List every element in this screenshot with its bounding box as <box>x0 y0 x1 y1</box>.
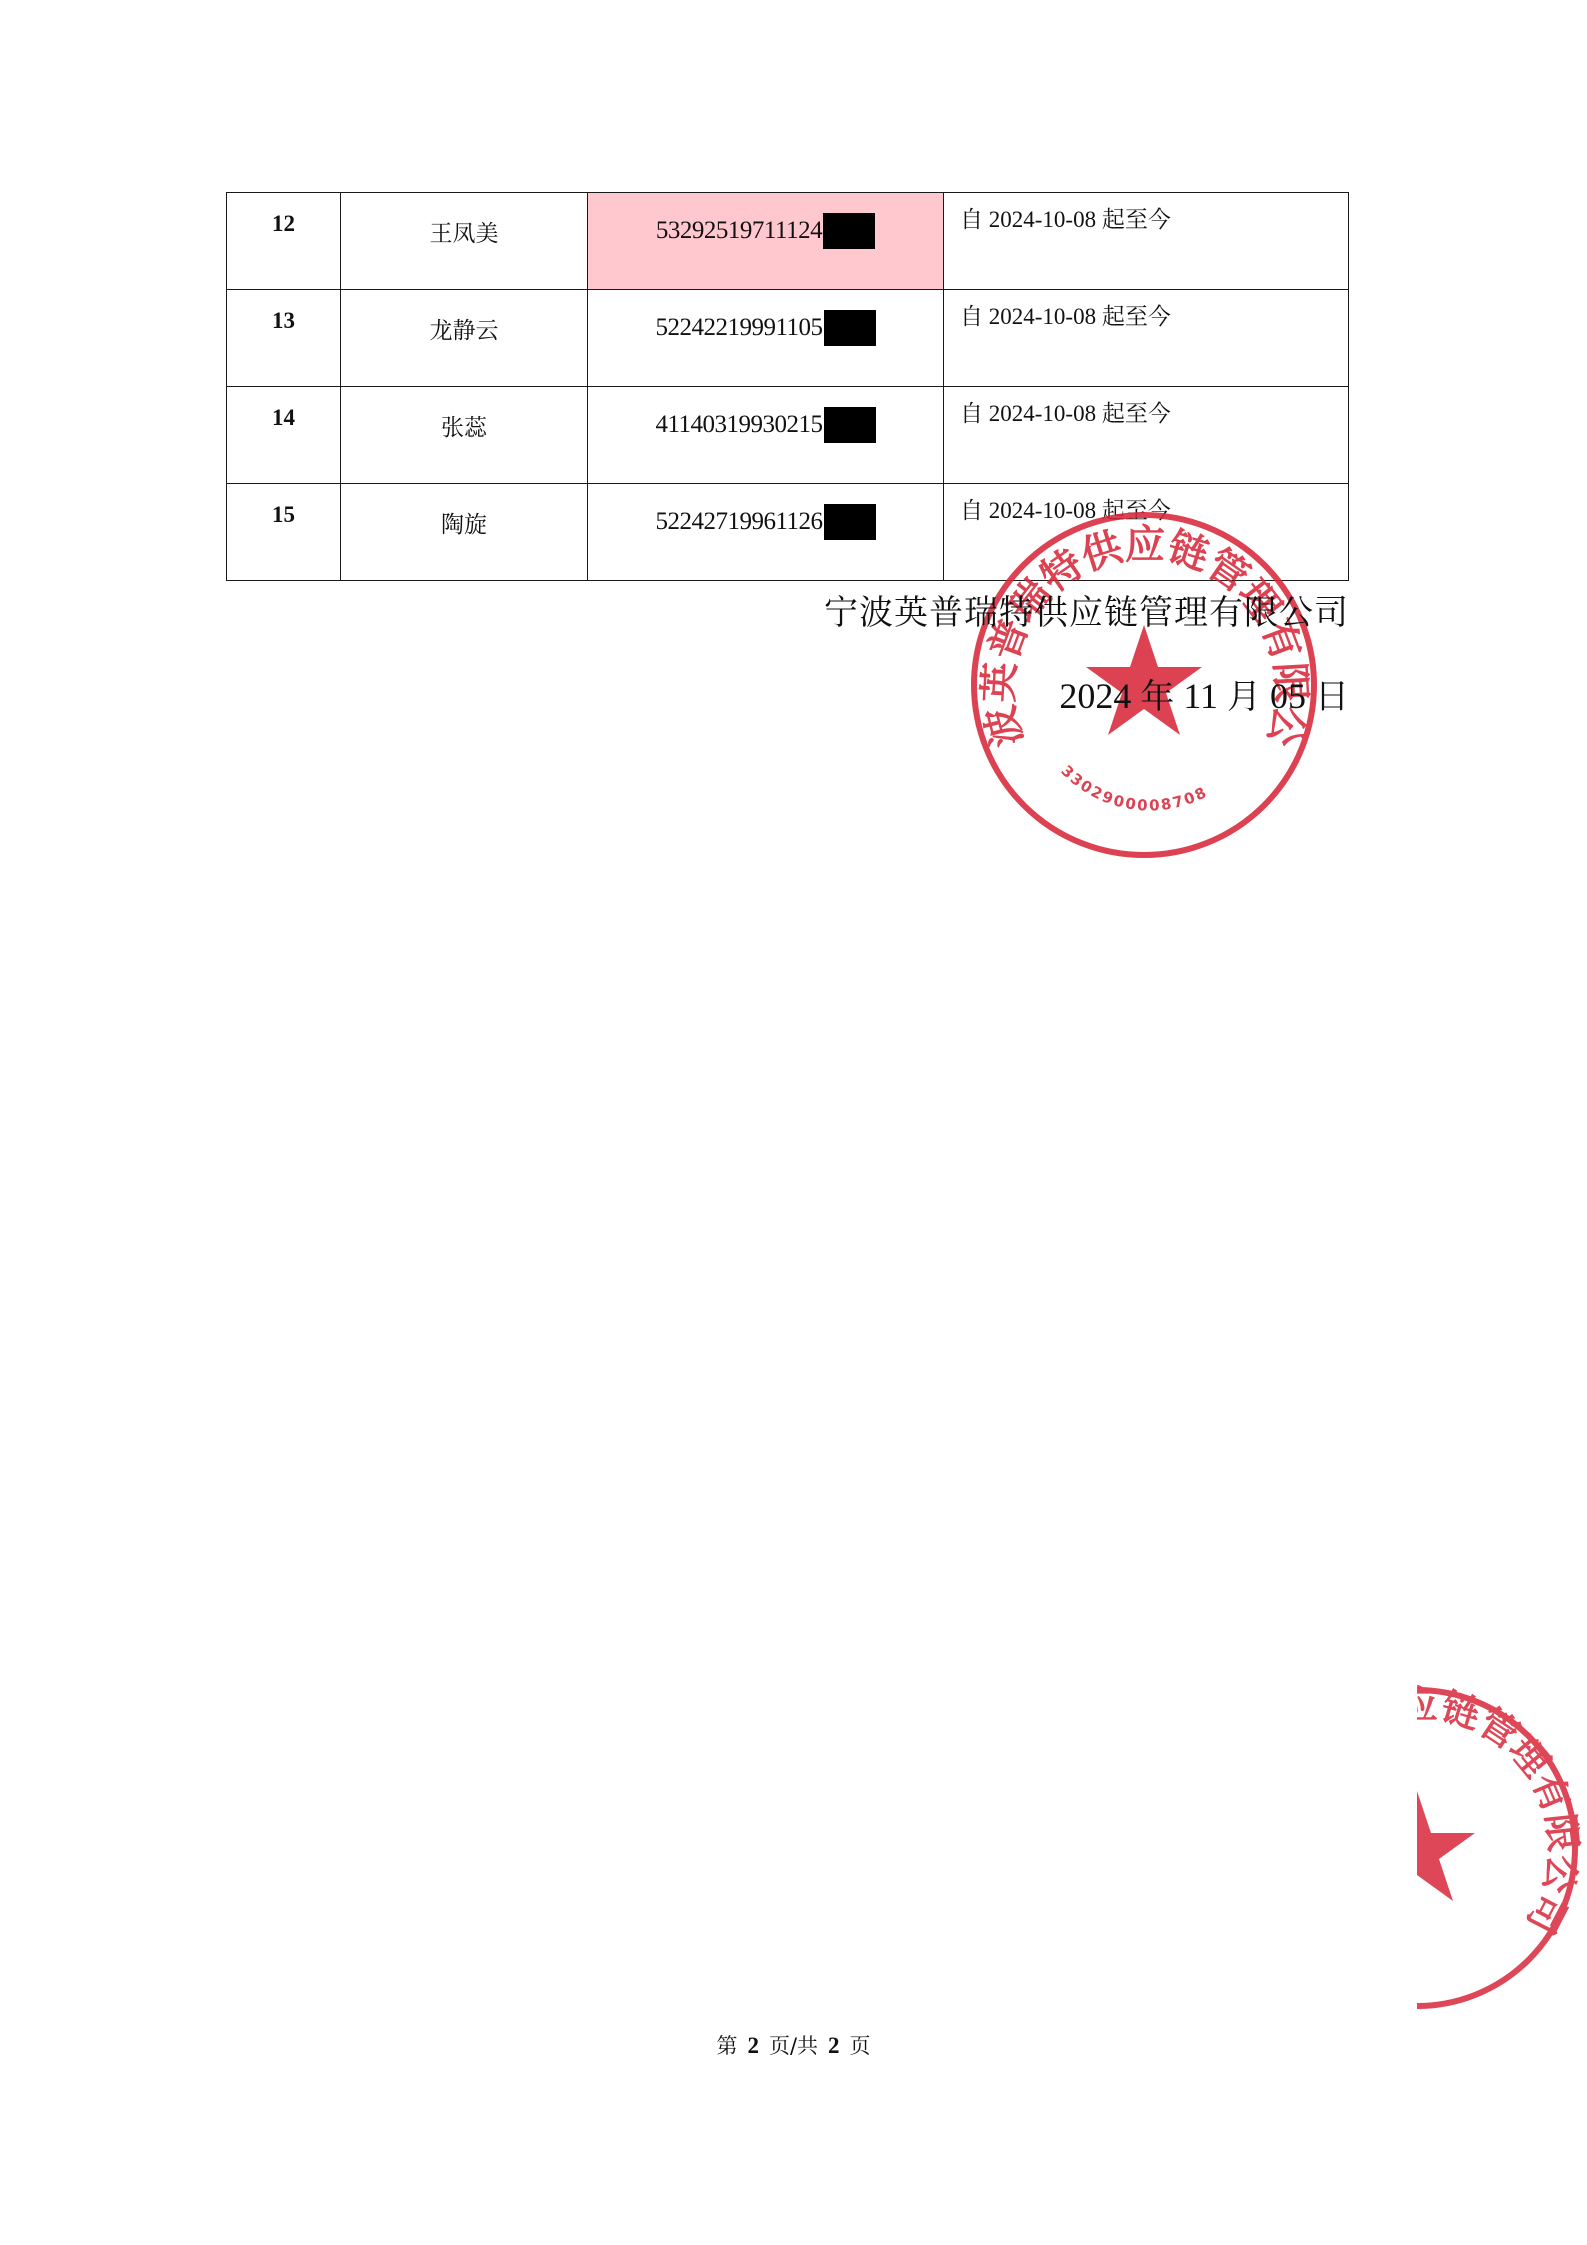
employee-name: 王凤美 <box>341 193 588 290</box>
cross-page-seal-icon: 宁波英普瑞特供应链管理有限公司 <box>1417 1683 1587 2013</box>
employment-period: 自 2024-10-08 起至今 <box>944 193 1349 290</box>
table-row: 14张蕊41140319930215自 2024-10-08 起至今 <box>227 387 1349 484</box>
redaction-block <box>824 504 876 540</box>
redaction-block <box>824 310 876 346</box>
table-row: 15陶旋52242719961126自 2024-10-08 起至今 <box>227 484 1349 581</box>
id-number-cell: 52242719961126 <box>588 484 944 581</box>
table-row: 12王凤美53292519711124自 2024-10-08 起至今 <box>227 193 1349 290</box>
row-number: 14 <box>227 387 341 484</box>
id-number: 41140319930215 <box>655 411 822 439</box>
svg-text:宁波英普瑞特供应链管理有限公司: 宁波英普瑞特供应链管理有限公司 <box>1417 1683 1586 1941</box>
row-number: 15 <box>227 484 341 581</box>
company-name: 宁波英普瑞特供应链管理有限公司 <box>824 596 1349 630</box>
page-footer: 第2页/共2页 <box>0 2030 1587 2060</box>
row-number: 12 <box>227 193 341 290</box>
signature-block: 宁波英普瑞特供应链管理有限公司 2024 年 11 月 05 日 <box>824 596 1349 714</box>
svg-text:3302900008708: 3302900008708 <box>1058 762 1211 815</box>
id-number: 52242719961126 <box>655 508 822 536</box>
id-number: 53292519711124 <box>656 217 822 245</box>
redaction-block <box>823 213 875 249</box>
employment-period: 自 2024-10-08 起至今 <box>944 290 1349 387</box>
employment-period: 自 2024-10-08 起至今 <box>944 387 1349 484</box>
employment-period: 自 2024-10-08 起至今 <box>944 484 1349 581</box>
signature-date: 2024 年 11 月 05 日 <box>824 678 1349 714</box>
id-number-cell: 41140319930215 <box>588 387 944 484</box>
total-pages: 2 <box>828 2033 840 2058</box>
id-number-cell: 53292519711124 <box>588 193 944 290</box>
redaction-block <box>824 407 876 443</box>
employee-name: 龙静云 <box>341 290 588 387</box>
table-row: 13龙静云52242219991105自 2024-10-08 起至今 <box>227 290 1349 387</box>
id-number: 52242219991105 <box>655 314 822 342</box>
employee-name: 张蕊 <box>341 387 588 484</box>
row-number: 13 <box>227 290 341 387</box>
employee-name: 陶旋 <box>341 484 588 581</box>
current-page: 2 <box>747 2033 759 2058</box>
id-number-cell: 52242219991105 <box>588 290 944 387</box>
employee-table: 12王凤美53292519711124自 2024-10-08 起至今13龙静云… <box>226 192 1349 581</box>
document-page: 12王凤美53292519711124自 2024-10-08 起至今13龙静云… <box>0 0 1587 2245</box>
